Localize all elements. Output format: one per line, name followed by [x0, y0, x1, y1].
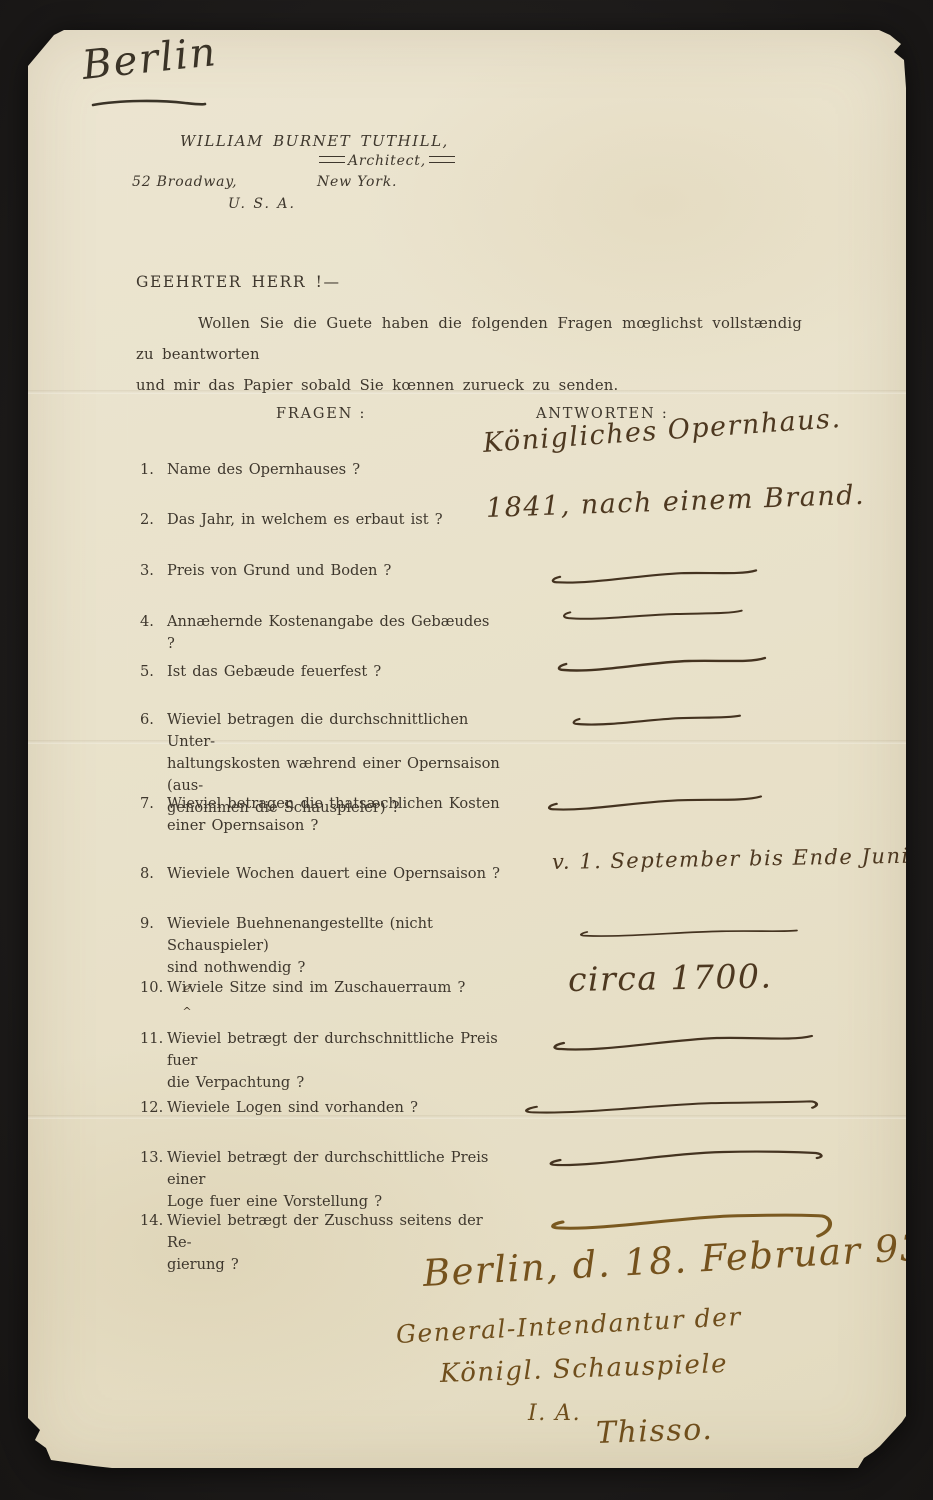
question-text: Annæhernde Kostenangabe des Gebæudes ?	[167, 611, 503, 655]
letterhead-country: U. S. A.	[228, 196, 296, 212]
question-number: 4.	[140, 611, 167, 633]
question-row-3: 3.Preis von Grund und Boden ?	[140, 560, 512, 582]
question-text: Wieviel betrægt der durchschittliche Pre…	[167, 1147, 503, 1213]
question-number: 13.	[140, 1147, 167, 1169]
signature-name: Thisso.	[595, 1412, 713, 1451]
question-text: Wieviel betragen die thatsæchlichen Kost…	[167, 793, 503, 837]
question-row-8: 8.Wieviele Wochen dauert eine Opernsaiso…	[140, 863, 512, 885]
question-text: Wieviele Buehnenangestellte (nicht Schau…	[167, 913, 503, 979]
answer-flourish-7	[542, 791, 766, 813]
question-number: 14.	[140, 1210, 167, 1232]
question-text: Wieviele Wochen dauert eine Opernsaison …	[167, 863, 503, 885]
letterhead-title: Architect,	[348, 153, 426, 169]
answer-flourish-6	[568, 709, 744, 729]
handwritten-answer-8: v. 1. September bis Ende Juni.	[552, 844, 918, 874]
answer-flourish-12	[517, 1094, 825, 1116]
caret-mark: ^	[182, 1001, 191, 1023]
question-number: 11.	[140, 1028, 167, 1050]
salutation: GEEHRTER HERR !—	[136, 273, 341, 291]
question-text: Das Jahr, in welchem es erbaut ist ?	[167, 509, 503, 531]
answer-flourish-5	[552, 650, 770, 674]
document-page-wrap: Berlin WILLIAM BURNET TUTHILL, Architect…	[28, 30, 906, 1468]
signature-office-line: General-Intendantur der	[395, 1302, 742, 1349]
screenshot-root: { "annotations": { "city_note": "Berlin"…	[0, 0, 933, 1500]
signature-institution-line: Königl. Schauspiele	[439, 1349, 728, 1389]
handwritten-city-note: Berlin	[80, 29, 220, 89]
question-text: Name des Opernhauses ?	[167, 459, 503, 481]
question-row-2: 2.Das Jahr, in welchem es erbaut ist ?	[140, 509, 512, 531]
handwritten-answer-2: 1841, nach einem Brand.	[485, 480, 865, 524]
answer-flourish-11	[546, 1029, 818, 1053]
question-text: Preis von Grund und Boden ?	[167, 560, 503, 582]
question-number: 6.	[140, 709, 167, 731]
question-row-4: 4.Annæhernde Kostenangabe des Gebæudes ?	[140, 611, 512, 655]
city-note-underline	[90, 94, 208, 106]
letterhead-city: New York.	[317, 174, 397, 190]
answer-flourish-9	[572, 923, 802, 941]
question-number: 3.	[140, 560, 167, 582]
question-number: 10.	[140, 977, 167, 999]
question-row-11: 11.Wieviel betrægt der durchschnittliche…	[140, 1028, 512, 1094]
question-number: 12.	[140, 1097, 167, 1119]
question-row-12: 12.Wieviele Logen sind vorhanden ?	[140, 1097, 512, 1119]
handwritten-answer-10: circa 1700.	[568, 956, 773, 999]
question-row-9: 9.Wieviele Buehnenangestellte (nicht Sch…	[140, 913, 512, 979]
question-row-5: 5.Ist das Gebæude feuerfest ?	[140, 661, 512, 683]
question-row-10: 10.Wie^viele Sitze sind im Zuschauerraum…	[140, 977, 512, 999]
question-row-1: 1.Name des Opernhauses ?	[140, 459, 512, 481]
question-text: Ist das Gebæude feuerfest ?	[167, 661, 503, 683]
question-row-13: 13.Wieviel betrægt der durchschittliche …	[140, 1147, 512, 1213]
question-row-7: 7.Wieviel betragen die thatsæchlichen Ko…	[140, 793, 512, 837]
question-text-post: viele Sitze sind im Zuschauerraum ?	[188, 979, 465, 996]
document-page: Berlin WILLIAM BURNET TUTHILL, Architect…	[28, 30, 906, 1468]
double-rule-left	[319, 156, 345, 163]
question-number: 9.	[140, 913, 167, 935]
question-number: 5.	[140, 661, 167, 683]
answer-flourish-3	[546, 564, 761, 586]
double-rule-right	[429, 156, 455, 163]
question-text: Wieviel betrægt der durchschnittliche Pr…	[167, 1028, 503, 1094]
question-number: 2.	[140, 509, 167, 531]
letter-body: Wollen Sie die Guete haben die folgenden…	[136, 308, 802, 401]
question-number: 8.	[140, 863, 167, 885]
question-text: Wie^viele Sitze sind im Zuschauerraum ?	[167, 977, 503, 999]
question-text: Wieviele Logen sind vorhanden ?	[167, 1097, 503, 1119]
answer-flourish-4	[558, 604, 746, 624]
question-number: 1.	[140, 459, 167, 481]
question-number: 7.	[140, 793, 167, 815]
answer-flourish-13	[542, 1144, 830, 1168]
letterhead-name: WILLIAM BURNET TUTHILL,	[180, 132, 449, 150]
inserted-letter: e	[183, 977, 190, 999]
letterhead-title-row: Architect,	[316, 153, 458, 169]
letterhead-street: 52 Broadway,	[132, 174, 237, 190]
signature-abbreviation: I. A.	[528, 1401, 581, 1426]
questions-column-header: FRAGEN :	[276, 406, 366, 422]
